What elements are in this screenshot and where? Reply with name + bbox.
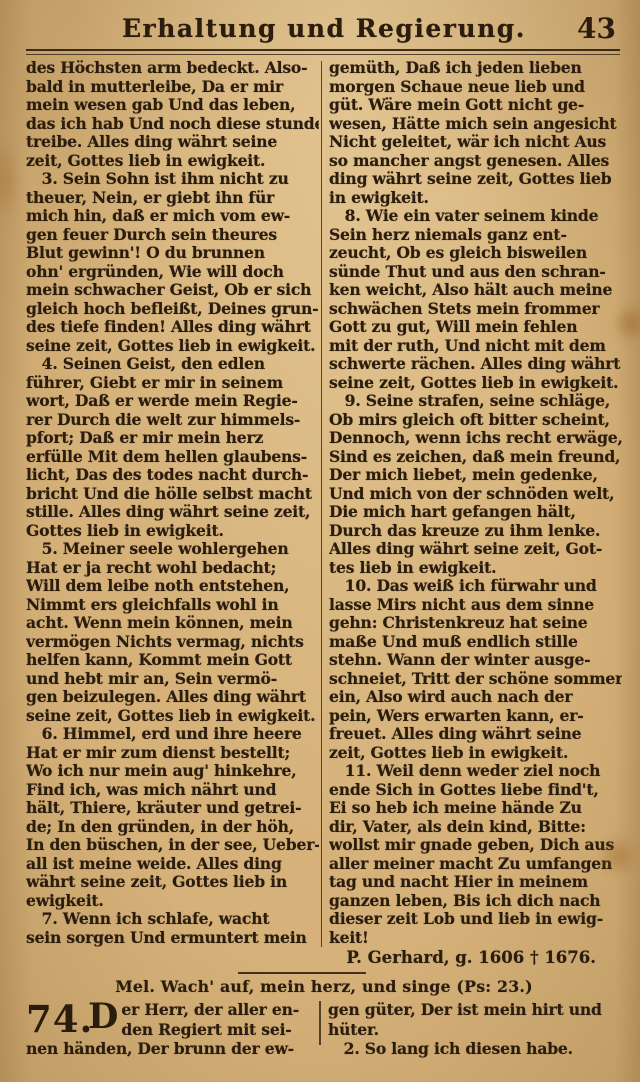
text-line: 8. Wie ein vater seinem kinde xyxy=(329,207,622,226)
left-column: des Höchsten arm bedeckt. Also-bald in m… xyxy=(26,59,319,947)
text-line: und hebt mir an, Sein vermö- xyxy=(26,670,319,689)
melody-line: Mel. Wach' auf, mein herz, und singe (Ps… xyxy=(26,976,622,997)
text-line: Find ich, was mich nährt und xyxy=(26,781,319,800)
author-attribution: P. Gerhard, g. 1606 † 1676. xyxy=(26,948,622,968)
text-line: Alles ding währt seine zeit, Got- xyxy=(329,540,622,559)
hymn-74-right-column: gen güter, Der ist mein hirt undhüter. 2… xyxy=(321,999,622,1059)
text-line: währt seine zeit, Gottes lieb in xyxy=(26,873,319,892)
text-line: zeit, Gottes lieb in ewigkeit. xyxy=(329,744,622,763)
text-line: des Höchsten arm bedeckt. Also- xyxy=(26,59,319,78)
text-line: Will dem leibe noth entstehen, xyxy=(26,577,319,596)
text-line: licht, Das des todes nacht durch- xyxy=(26,466,319,485)
text-line: lasse Mirs nicht aus dem sinne xyxy=(329,596,622,615)
text-line: all ist meine weide. Alles ding xyxy=(26,855,319,874)
text-line: tes lieb in ewigkeit. xyxy=(329,559,622,578)
text-line: Gottes lieb in ewigkeit. xyxy=(26,522,319,541)
text-line: rer Durch die welt zur himmels- xyxy=(26,411,319,430)
hymn-74-opening-lines: er Herr, der aller en-den Regiert mit se… xyxy=(121,999,319,1039)
text-line: schwerte rächen. Alles ding währt xyxy=(329,355,622,374)
text-line: den Regiert mit sei- xyxy=(121,1020,319,1040)
text-line: 9. Seine strafen, seine schläge, xyxy=(329,392,622,411)
hymn-74-head: 74. D er Herr, der aller en-den Regiert … xyxy=(26,999,319,1039)
text-line: Gott zu gut, Will mein fehlen xyxy=(329,318,622,337)
text-line: in ewigkeit. xyxy=(329,189,622,208)
text-line: stille. Alles ding währt seine zeit, xyxy=(26,503,319,522)
text-line: das ich hab Und noch diese stunde xyxy=(26,115,319,134)
text-line: Nicht geleitet, wär ich nicht Aus xyxy=(329,133,622,152)
text-line: bricht Und die hölle selbst macht xyxy=(26,485,319,504)
text-line: theuer, Nein, er giebt ihn für xyxy=(26,189,319,208)
text-line: maße Und muß endlich stille xyxy=(329,633,622,652)
text-line: Die mich hart gefangen hält, xyxy=(329,503,622,522)
text-line: Ei so heb ich meine hände Zu xyxy=(329,799,622,818)
text-line: güt. Wäre mein Gott nicht ge- xyxy=(329,96,622,115)
text-line: dir, Vater, als dein kind, Bitte: xyxy=(329,818,622,837)
running-title: Erhaltung und Regierung. xyxy=(26,10,622,43)
section-divider xyxy=(238,972,366,974)
text-line: wesen, Hätte mich sein angesicht xyxy=(329,115,622,134)
text-line: treibe. Alles ding währt seine xyxy=(26,133,319,152)
header-rule-top xyxy=(26,49,620,51)
text-line: pein, Wers erwarten kann, er- xyxy=(329,707,622,726)
text-line: gehn: Christenkreuz hat seine xyxy=(329,614,622,633)
text-line: freuet. Alles ding währt seine xyxy=(329,725,622,744)
text-line: hüter. xyxy=(328,1020,622,1040)
page-header: Erhaltung und Regierung. 43 xyxy=(26,10,622,46)
text-line: mein schwacher Geist, Ob er sich xyxy=(26,281,319,300)
text-line: seine zeit, Gottes lieb in ewigkeit. xyxy=(26,337,319,356)
text-line: Der mich liebet, mein gedenke, xyxy=(329,466,622,485)
text-line: sein sorgen Und ermuntert mein xyxy=(26,929,319,948)
text-line: gen feuer Durch sein theures xyxy=(26,226,319,245)
text-line: Sind es zeichen, daß mein freund, xyxy=(329,448,622,467)
text-line: schwächen Stets mein frommer xyxy=(329,300,622,319)
text-line: Durch das kreuze zu ihm lenke. xyxy=(329,522,622,541)
header-rule xyxy=(26,49,620,55)
text-line: 11. Weil denn weder ziel noch xyxy=(329,762,622,781)
book-page: Erhaltung und Regierung. 43 des Höchsten… xyxy=(0,0,640,1082)
text-line: vermögen Nichts vermag, nichts xyxy=(26,633,319,652)
text-line: des tiefe finden! Alles ding währt xyxy=(26,318,319,337)
text-line: mein wesen gab Und das leben, xyxy=(26,96,319,115)
text-line: Hat er mir zum dienst bestellt; xyxy=(26,744,319,763)
paper-stain xyxy=(0,120,16,240)
text-line: ken weicht, Also hält auch meine xyxy=(329,281,622,300)
text-line: nen händen, Der brunn der ew- xyxy=(26,1039,319,1059)
text-line: schneiet, Tritt der schöne sommer xyxy=(329,670,622,689)
text-line: Dennoch, wenn ichs recht erwäge, xyxy=(329,429,622,448)
text-line: führer, Giebt er mir in seinem xyxy=(26,374,319,393)
text-line: ewigkeit. xyxy=(26,892,319,911)
text-line: Ob mirs gleich oft bitter scheint, xyxy=(329,411,622,430)
text-line: bald in mutterleibe, Da er mir xyxy=(26,78,319,97)
hymn-73-body: des Höchsten arm bedeckt. Also-bald in m… xyxy=(26,59,622,947)
right-column: gemüth, Daß ich jeden liebenmorgen Schau… xyxy=(322,59,622,947)
text-line: 10. Das weiß ich fürwahr und xyxy=(329,577,622,596)
text-line: Sein herz niemals ganz ent- xyxy=(329,226,622,245)
text-line: zeucht, Ob es gleich bisweilen xyxy=(329,244,622,263)
text-line: 2. So lang ich diesen habe. xyxy=(328,1039,622,1059)
text-line: erfülle Mit dem hellen glaubens- xyxy=(26,448,319,467)
text-line: wort, Daß er werde mein Regie- xyxy=(26,392,319,411)
hymn-number: 74. xyxy=(26,999,88,1039)
text-line: stehn. Wann der winter ausge- xyxy=(329,651,622,670)
text-line: 3. Sein Sohn ist ihm nicht zu xyxy=(26,170,319,189)
text-line: dieser zeit Lob und lieb in ewig- xyxy=(329,910,622,929)
text-line: keit! xyxy=(329,929,622,948)
text-line: ganzen leben, Bis ich dich nach xyxy=(329,892,622,911)
text-line: morgen Schaue neue lieb und xyxy=(329,78,622,97)
text-line: pfort; Daß er mir mein herz xyxy=(26,429,319,448)
hymn-74: 74. D er Herr, der aller en-den Regiert … xyxy=(26,999,622,1059)
text-line: In den büschen, in der see, Ueber- xyxy=(26,836,319,855)
text-line: so mancher angst genesen. Alles xyxy=(329,152,622,171)
text-line: 6. Himmel, erd und ihre heere xyxy=(26,725,319,744)
text-line: sünde Thut und aus den schran- xyxy=(329,263,622,282)
text-line: gleich hoch befleißt, Deines grun- xyxy=(26,300,319,319)
text-line: gen güter, Der ist mein hirt und xyxy=(328,1000,622,1020)
text-line: mit der ruth, Und nicht mit dem xyxy=(329,337,622,356)
drop-cap: D xyxy=(88,999,121,1039)
text-line: acht. Wenn mein können, mein xyxy=(26,614,319,633)
hymn-74-left-continuation: nen händen, Der brunn der ew- xyxy=(26,1039,319,1059)
text-line: Blut gewinn'! O du brunnen xyxy=(26,244,319,263)
text-line: helfen kann, Kommt mein Gott xyxy=(26,651,319,670)
text-line: de; In den gründen, in der höh, xyxy=(26,818,319,837)
text-line: ende Sich in Gottes liebe find't, xyxy=(329,781,622,800)
text-line: gen beizulegen. Alles ding währt xyxy=(26,688,319,707)
text-line: er Herr, der aller en- xyxy=(121,1000,319,1020)
text-line: seine zeit, Gottes lieb in ewigkeit. xyxy=(26,707,319,726)
text-line: zeit, Gottes lieb in ewigkeit. xyxy=(26,152,319,171)
text-line: tag und nacht Hier in meinem xyxy=(329,873,622,892)
page-number: 43 xyxy=(577,12,616,45)
text-line: wollst mir gnade geben, Dich aus xyxy=(329,836,622,855)
text-line: 4. Seinen Geist, den edlen xyxy=(26,355,319,374)
header-rule-bottom xyxy=(26,54,620,55)
text-line: ding währt seine zeit, Gottes lieb xyxy=(329,170,622,189)
text-line: mich hin, daß er mich vom ew- xyxy=(26,207,319,226)
text-line: aller meiner macht Zu umfangen xyxy=(329,855,622,874)
text-line: Wo ich nur mein aug' hinkehre, xyxy=(26,762,319,781)
text-line: ein, Also wird auch nach der xyxy=(329,688,622,707)
text-line: 5. Meiner seele wohlergehen xyxy=(26,540,319,559)
text-line: Nimmt ers gleichfalls wohl in xyxy=(26,596,319,615)
text-line: 7. Wenn ich schlafe, wacht xyxy=(26,910,319,929)
text-line: gemüth, Daß ich jeden lieben xyxy=(329,59,622,78)
text-line: hält, Thiere, kräuter und getrei- xyxy=(26,799,319,818)
text-line: ohn' ergründen, Wie will doch xyxy=(26,263,319,282)
text-line: Und mich von der schnöden welt, xyxy=(329,485,622,504)
hymn-74-left-column: 74. D er Herr, der aller en-den Regiert … xyxy=(26,999,319,1059)
text-line: Hat er ja recht wohl bedacht; xyxy=(26,559,319,578)
text-line: seine zeit, Gottes lieb in ewigkeit. xyxy=(329,374,622,393)
